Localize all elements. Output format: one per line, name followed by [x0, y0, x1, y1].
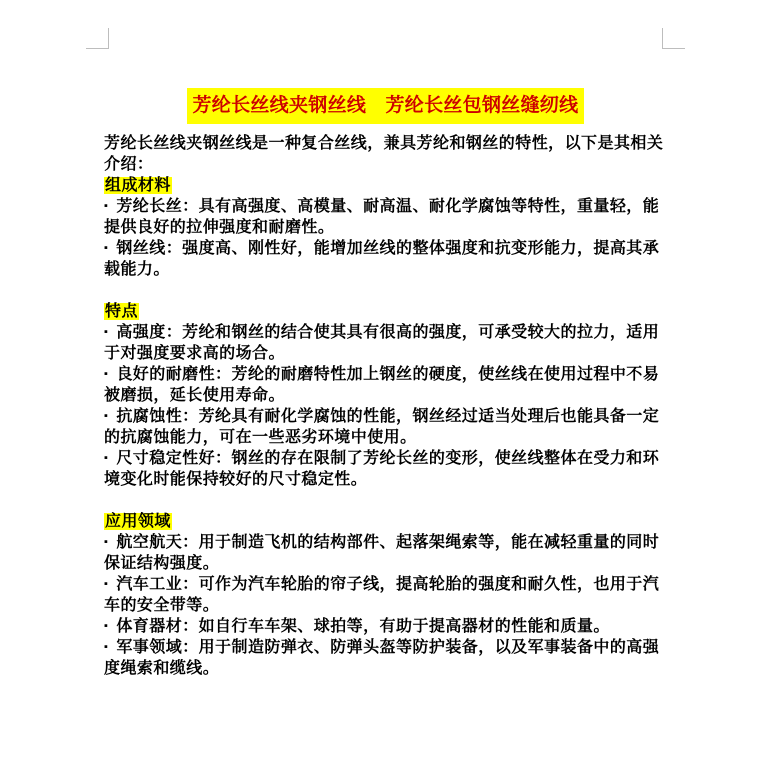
bullet-item: ▪体育器材：如自行车车架、球拍等，有助于提高器材的性能和质量。: [104, 616, 667, 637]
square-bullet-icon: ▪: [104, 620, 108, 632]
bullet-item-text: 抗腐蚀性：芳纶具有耐化学腐蚀的性能，钢丝经过适当处理后也能具备一定的抗腐蚀能力，…: [104, 408, 659, 446]
bullet-item-text: 航空航天：用于制造飞机的结构部件、起落架绳索等，能在减轻重量的同时保证结构强度。: [104, 534, 659, 572]
bullet-item-text: 汽车工业：可作为汽车轮胎的帘子线，提高轮胎的强度和耐久性，也用于汽车的安全带等。: [104, 576, 659, 614]
section-heading-features: 特点: [104, 303, 139, 320]
heading-row: 组成材料: [104, 175, 667, 196]
section-heading-applications: 应用领域: [104, 513, 172, 530]
section-composition: 组成材料 ▪芳纶长丝：具有高强度、高模量、耐高温、耐化学腐蚀等特性，重量轻，能提…: [104, 175, 667, 280]
bullet-item-text: 钢丝线：强度高、刚性好，能增加丝线的整体强度和抗变形能力，提高其承载能力。: [104, 240, 659, 278]
section-features: 特点 ▪高强度：芳纶和钢丝的结合使其具有很高的强度，可承受较大的拉力，适用于对强…: [104, 301, 667, 490]
text-boundary-mark-top-left: [86, 28, 109, 49]
bullet-item: ▪抗腐蚀性：芳纶具有耐化学腐蚀的性能，钢丝经过适当处理后也能具备一定的抗腐蚀能力…: [104, 406, 667, 448]
document-body: 芳纶长丝线夹钢丝线 芳纶长丝包钢丝缝纫线 芳纶长丝线夹钢丝线是一种复合丝线，兼具…: [104, 88, 667, 679]
heading-row: 特点: [104, 301, 667, 322]
square-bullet-icon: ▪: [104, 641, 108, 653]
bullet-item: ▪芳纶长丝：具有高强度、高模量、耐高温、耐化学腐蚀等特性，重量轻，能提供良好的拉…: [104, 196, 667, 238]
document-title: 芳纶长丝线夹钢丝线 芳纶长丝包钢丝缝纫线: [187, 88, 583, 124]
bullet-item-text: 尺寸稳定性好：钢丝的存在限制了芳纶长丝的变形，使丝线整体在受力和环境变化时能保持…: [104, 450, 659, 488]
bullet-item: ▪高强度：芳纶和钢丝的结合使其具有很高的强度，可承受较大的拉力，适用于对强度要求…: [104, 322, 667, 364]
bullet-item: ▪汽车工业：可作为汽车轮胎的帘子线，提高轮胎的强度和耐久性，也用于汽车的安全带等…: [104, 574, 667, 616]
square-bullet-icon: ▪: [104, 536, 108, 548]
bullet-item: ▪尺寸稳定性好：钢丝的存在限制了芳纶长丝的变形，使丝线整体在受力和环境变化时能保…: [104, 448, 667, 490]
section-applications: 应用领域 ▪航空航天：用于制造飞机的结构部件、起落架绳索等，能在减轻重量的同时保…: [104, 511, 667, 679]
bullet-item: ▪军事领域：用于制造防弹衣、防弹头盔等防护装备，以及军事装备中的高强度绳索和缆线…: [104, 637, 667, 679]
square-bullet-icon: ▪: [104, 242, 108, 254]
square-bullet-icon: ▪: [104, 326, 108, 338]
bullet-item-text: 芳纶长丝：具有高强度、高模量、耐高温、耐化学腐蚀等特性，重量轻，能提供良好的拉伸…: [104, 198, 659, 236]
bullet-item-text: 军事领域：用于制造防弹衣、防弹头盔等防护装备，以及军事装备中的高强度绳索和缆线。: [104, 639, 659, 677]
intro-paragraph: 芳纶长丝线夹钢丝线是一种复合丝线，兼具芳纶和钢丝的特性，以下是其相关介绍：: [104, 133, 667, 175]
bullet-item-text: 良好的耐磨性：芳纶的耐磨特性加上钢丝的硬度，使丝线在使用过程中不易被磨损，延长使…: [104, 366, 659, 404]
section-heading-composition: 组成材料: [104, 177, 172, 194]
square-bullet-icon: ▪: [104, 200, 108, 212]
square-bullet-icon: ▪: [104, 452, 108, 464]
title-row: 芳纶长丝线夹钢丝线 芳纶长丝包钢丝缝纫线: [104, 88, 667, 124]
bullet-item: ▪航空航天：用于制造飞机的结构部件、起落架绳索等，能在减轻重量的同时保证结构强度…: [104, 532, 667, 574]
square-bullet-icon: ▪: [104, 578, 108, 590]
text-boundary-mark-top-right: [662, 28, 685, 49]
heading-row: 应用领域: [104, 511, 667, 532]
square-bullet-icon: ▪: [104, 410, 108, 422]
square-bullet-icon: ▪: [104, 368, 108, 380]
bullet-item: ▪良好的耐磨性：芳纶的耐磨特性加上钢丝的硬度，使丝线在使用过程中不易被磨损，延长…: [104, 364, 667, 406]
bullet-item-text: 高强度：芳纶和钢丝的结合使其具有很高的强度，可承受较大的拉力，适用于对强度要求高…: [104, 324, 659, 362]
bullet-item-text: 体育器材：如自行车车架、球拍等，有助于提高器材的性能和质量。: [116, 618, 610, 635]
bullet-item: ▪钢丝线：强度高、刚性好，能增加丝线的整体强度和抗变形能力，提高其承载能力。: [104, 238, 667, 280]
